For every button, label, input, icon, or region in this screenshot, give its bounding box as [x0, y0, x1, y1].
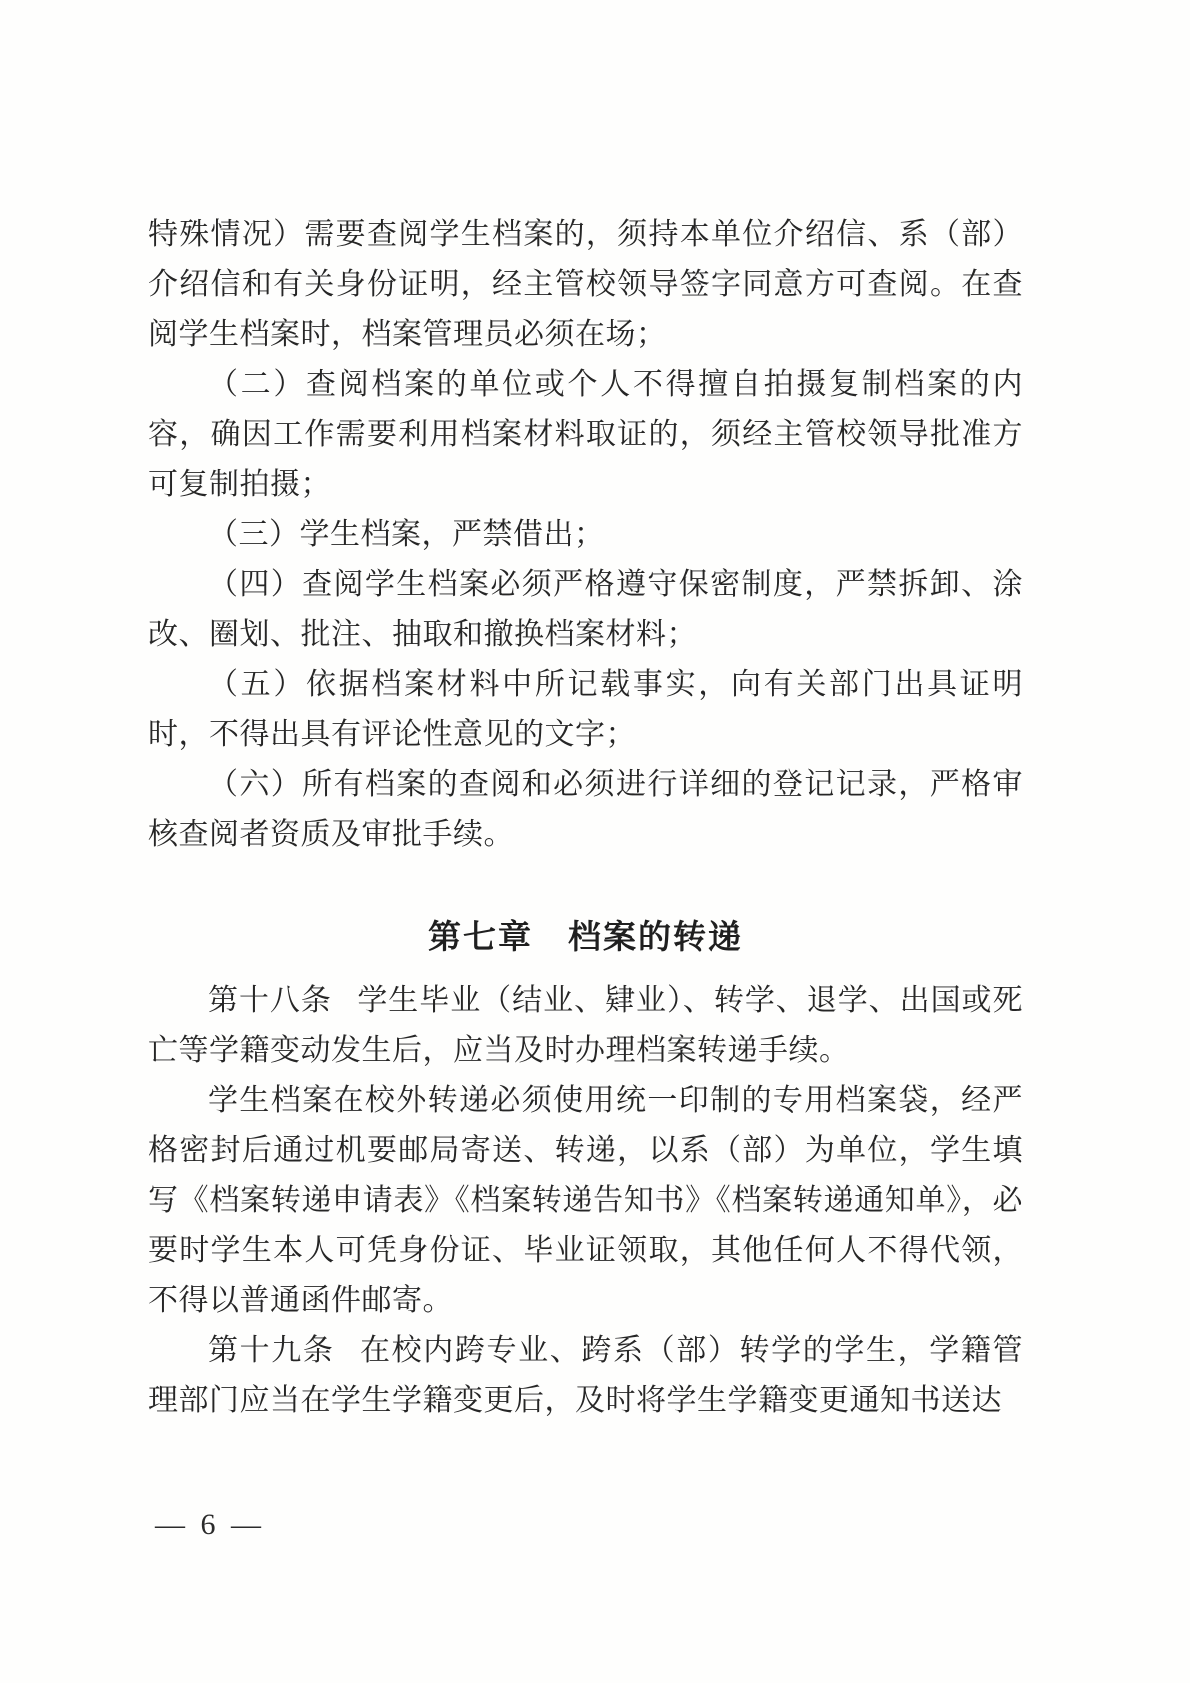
document-body: 特殊情况）需要查阅学生档案的，须持本单位介绍信、系（部）介绍信和有关身份证明，经… — [148, 210, 1023, 1426]
page-number: — 6 — — [155, 1508, 265, 1542]
clause-item-6: （六）所有档案的查阅和必须进行详细的登记记录，严格审核查阅者资质及审批手续。 — [148, 760, 1023, 860]
article-18-paragraph: 第十八条学生毕业（结业、肄业）、转学、退学、出国或死亡等学籍变动发生后，应当及时… — [148, 976, 1023, 1076]
chapter-heading: 第七章 档案的转递 — [148, 912, 1023, 964]
clause-item-5: （五）依据档案材料中所记载事实，向有关部门出具证明时，不得出具有评论性意见的文字… — [148, 660, 1023, 760]
document-page: 特殊情况）需要查阅学生档案的，须持本单位介绍信、系（部）介绍信和有关身份证明，经… — [0, 0, 1190, 1683]
clause-item-2: （二）查阅档案的单位或个人不得擅自拍摄复制档案的内容，确因工作需要利用档案材料取… — [148, 360, 1023, 510]
article-18-continuation: 学生档案在校外转递必须使用统一印制的专用档案袋，经严格密封后通过机要邮局寄送、转… — [148, 1076, 1023, 1326]
clause-continuation: 特殊情况）需要查阅学生档案的，须持本单位介绍信、系（部）介绍信和有关身份证明，经… — [148, 210, 1023, 360]
article-19-number: 第十九条 — [208, 1334, 335, 1367]
article-18-number: 第十八条 — [208, 984, 332, 1017]
article-19-paragraph: 第十九条在校内跨专业、跨系（部）转学的学生，学籍管理部门应当在学生学籍变更后，及… — [148, 1326, 1023, 1426]
clause-item-3: （三）学生档案，严禁借出； — [148, 510, 1023, 560]
clause-item-4: （四）查阅学生档案必须严格遵守保密制度，严禁拆卸、涂改、圈划、批注、抽取和撤换档… — [148, 560, 1023, 660]
